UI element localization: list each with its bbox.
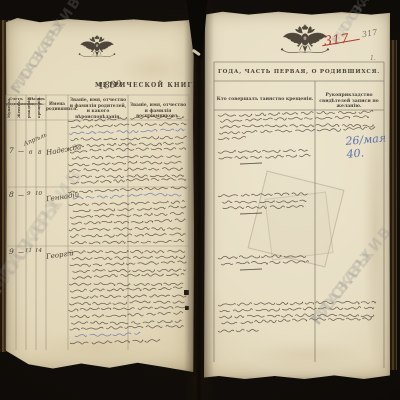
col-header-witnesses: Рукоприкладство свидѣтелей записи по жел… [316, 93, 382, 110]
subcol-baptized: крещенія. [37, 97, 41, 118]
entry-born-day: 6 [29, 150, 33, 156]
right-page-title: ГОДА, ЧАСТЬ ПЕРВАЯ, О РОДИВШИХСЯ. [214, 69, 384, 75]
col-header-parents: Званіе, имя, отчество и фамилія родителе… [69, 98, 127, 120]
col-header-officiant: Кто совершалъ таинство крещенія. [216, 97, 314, 103]
imperial-eagle-icon [280, 23, 330, 65]
entry-born-day: 9 [27, 191, 31, 197]
entry-dash: — [18, 249, 24, 256]
ink-blot [185, 306, 189, 310]
corner-pencil-mark: 1. [370, 55, 376, 62]
entry-born-day: 11 [25, 248, 32, 254]
subcol-male: Мужеска. [7, 97, 11, 118]
entry-baptized-day: 14 [35, 248, 42, 254]
subcol-born: рожденія. [27, 97, 31, 118]
archival-scan: МЕТРИЧЕСКОЙ КНИГИ НА1880й Счетъ родивших… [0, 0, 400, 400]
entry-number: 7 [9, 146, 14, 155]
right-page: 317 317 1. ГОДА, ЧАСТЬ ПЕРВАЯ, О РОДИВШИ… [204, 11, 390, 379]
entry-number: 9 [9, 247, 14, 256]
entry-dash: — [18, 192, 24, 199]
entry-baptized-day: 10 [35, 191, 42, 197]
folio-number-pencil: 317 [361, 28, 378, 40]
imperial-eagle-icon [78, 34, 116, 66]
subcol-female: Женска. [17, 100, 21, 118]
col-header-godparents: Званіе, имя, отчество и фамилія воспріем… [129, 103, 187, 120]
left-page: МЕТРИЧЕСКОЙ КНИГИ НА1880й Счетъ родивших… [6, 18, 194, 372]
archivist-blue-pencil-note: 26/мая 40. [345, 131, 391, 161]
entry-dash: — [18, 148, 24, 155]
entry-name: Геннадій [46, 191, 80, 204]
col-header-names: Имена родившихся. [46, 101, 68, 112]
embossed-stamp [264, 191, 333, 260]
entry-name: Надежда [46, 143, 82, 157]
ink-blot [184, 290, 189, 295]
entry-baptized-day: 8 [38, 150, 42, 156]
entry-name: Георгій [46, 249, 75, 261]
entry-number: 8 [9, 190, 14, 199]
entry-month: Апрѣль [23, 131, 48, 147]
